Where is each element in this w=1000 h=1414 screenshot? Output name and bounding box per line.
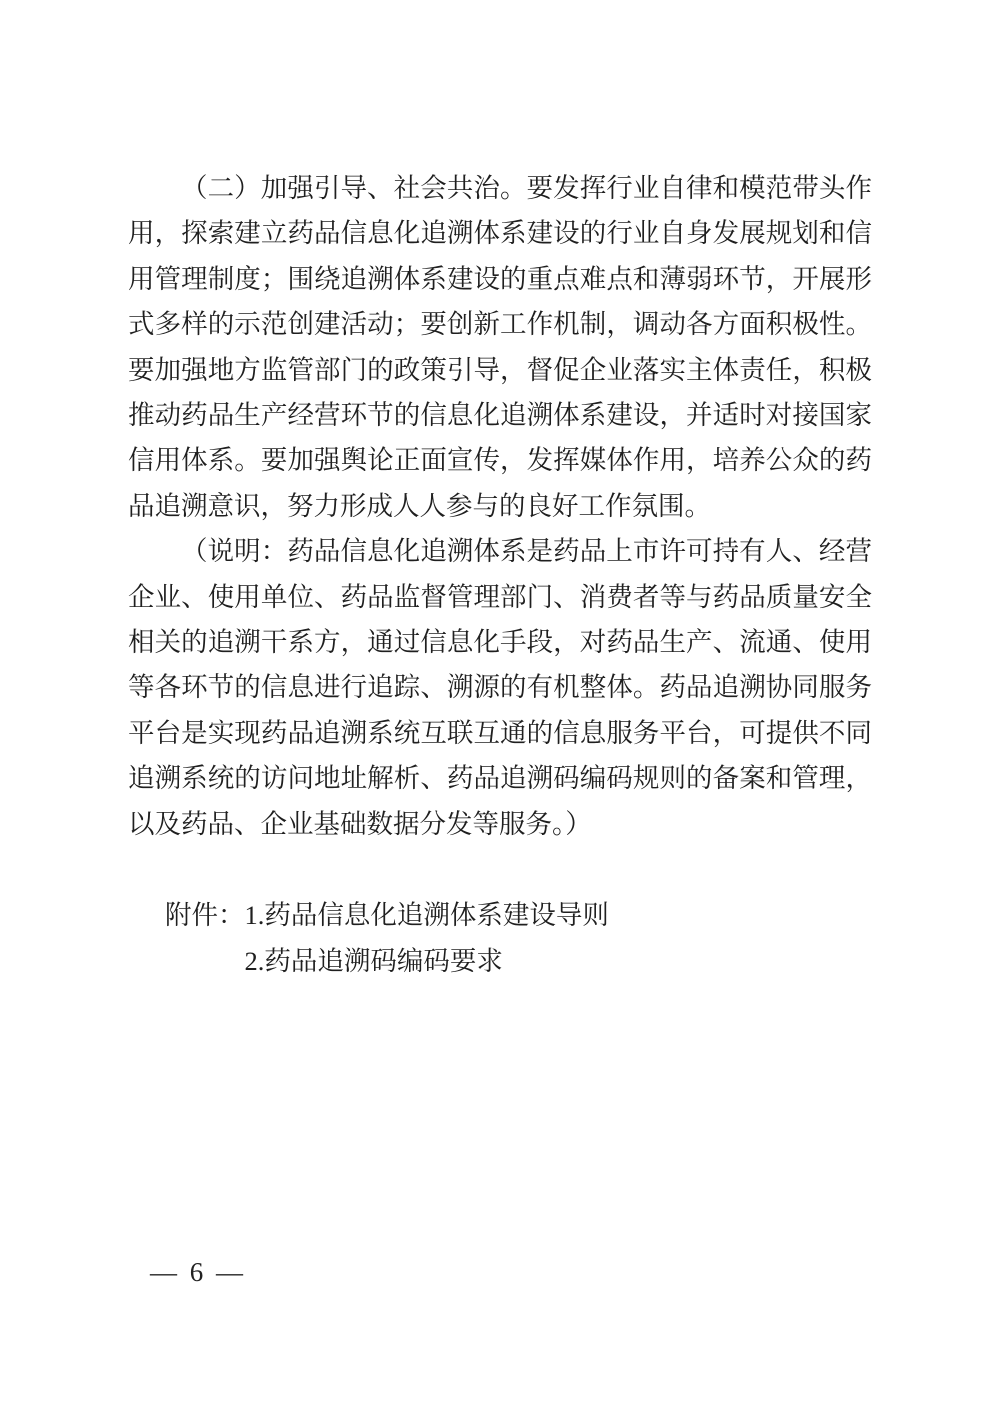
text-line: 追溯系统的访问地址解析、药品追溯码编码规则的备案和管理， [128,756,872,801]
text-line: 用，探索建立药品信息化追溯体系建设的行业自身发展规划和信 [128,211,872,256]
attachment-item-2: 2.药品追溯码编码要求 [245,939,873,984]
text-line: 式多样的示范创建活动；要创新工作机制，调动各方面积极性。 [128,302,872,347]
body-text: （二）加强引导、社会共治。要发挥行业自律和模范带头作 用，探索建立药品信息化追溯… [128,166,872,984]
paragraph-body-lines: 用，探索建立药品信息化追溯体系建设的行业自身发展规划和信用管理制度；围绕追溯体系… [128,211,872,483]
attachments-label: 附件： [165,893,245,938]
text-line: 要加强地方监管部门的政策引导，督促企业落实主体责任，积极 [128,348,872,393]
paragraph-last-line: 品追溯意识，努力形成人人参与的良好工作氛围。 [128,484,872,529]
paragraph-first-line: （二）加强引导、社会共治。要发挥行业自律和模范带头作 [128,166,872,211]
attachments-items: 1.药品信息化追溯体系建设导则 2.药品追溯码编码要求 [245,893,873,984]
paragraph-guidance: （二）加强引导、社会共治。要发挥行业自律和模范带头作 用，探索建立药品信息化追溯… [128,166,872,529]
text-line: 推动药品生产经营环节的信息化追溯体系建设，并适时对接国家 [128,393,872,438]
text-line: 相关的追溯干系方，通过信息化手段，对药品生产、流通、使用 [128,620,872,665]
document-page: （二）加强引导、社会共治。要发挥行业自律和模范带头作 用，探索建立药品信息化追溯… [0,0,1000,1414]
text-line: 信用体系。要加强舆论正面宣传，发挥媒体作用，培养公众的药 [128,438,872,483]
text-line: 平台是实现药品追溯系统互联互通的信息服务平台，可提供不同 [128,711,872,756]
text-line: 等各环节的信息进行追踪、溯源的有机整体。药品追溯协同服务 [128,665,872,710]
text-line: 企业、使用单位、药品监督管理部门、消费者等与药品质量安全 [128,575,872,620]
attachment-item-1: 1.药品信息化追溯体系建设导则 [245,893,873,938]
attachments-section: 附件： 1.药品信息化追溯体系建设导则 2.药品追溯码编码要求 [128,893,872,984]
text-line: 用管理制度；围绕追溯体系建设的重点难点和薄弱环节，开展形 [128,257,872,302]
page-number: — 6 — [150,1256,246,1288]
paragraph-first-line: （说明：药品信息化追溯体系是药品上市许可持有人、经营 [128,529,872,574]
paragraph-last-line: 以及药品、企业基础数据分发等服务。） [128,802,872,847]
paragraph-note: （说明：药品信息化追溯体系是药品上市许可持有人、经营 企业、使用单位、药品监督管… [128,529,872,847]
text-run: 要发挥行业自律和模范带头作 [527,173,872,203]
section-heading: （二）加强引导、社会共治。 [181,173,527,203]
paragraph-body-lines: 企业、使用单位、药品监督管理部门、消费者等与药品质量安全相关的追溯干系方，通过信… [128,575,872,802]
